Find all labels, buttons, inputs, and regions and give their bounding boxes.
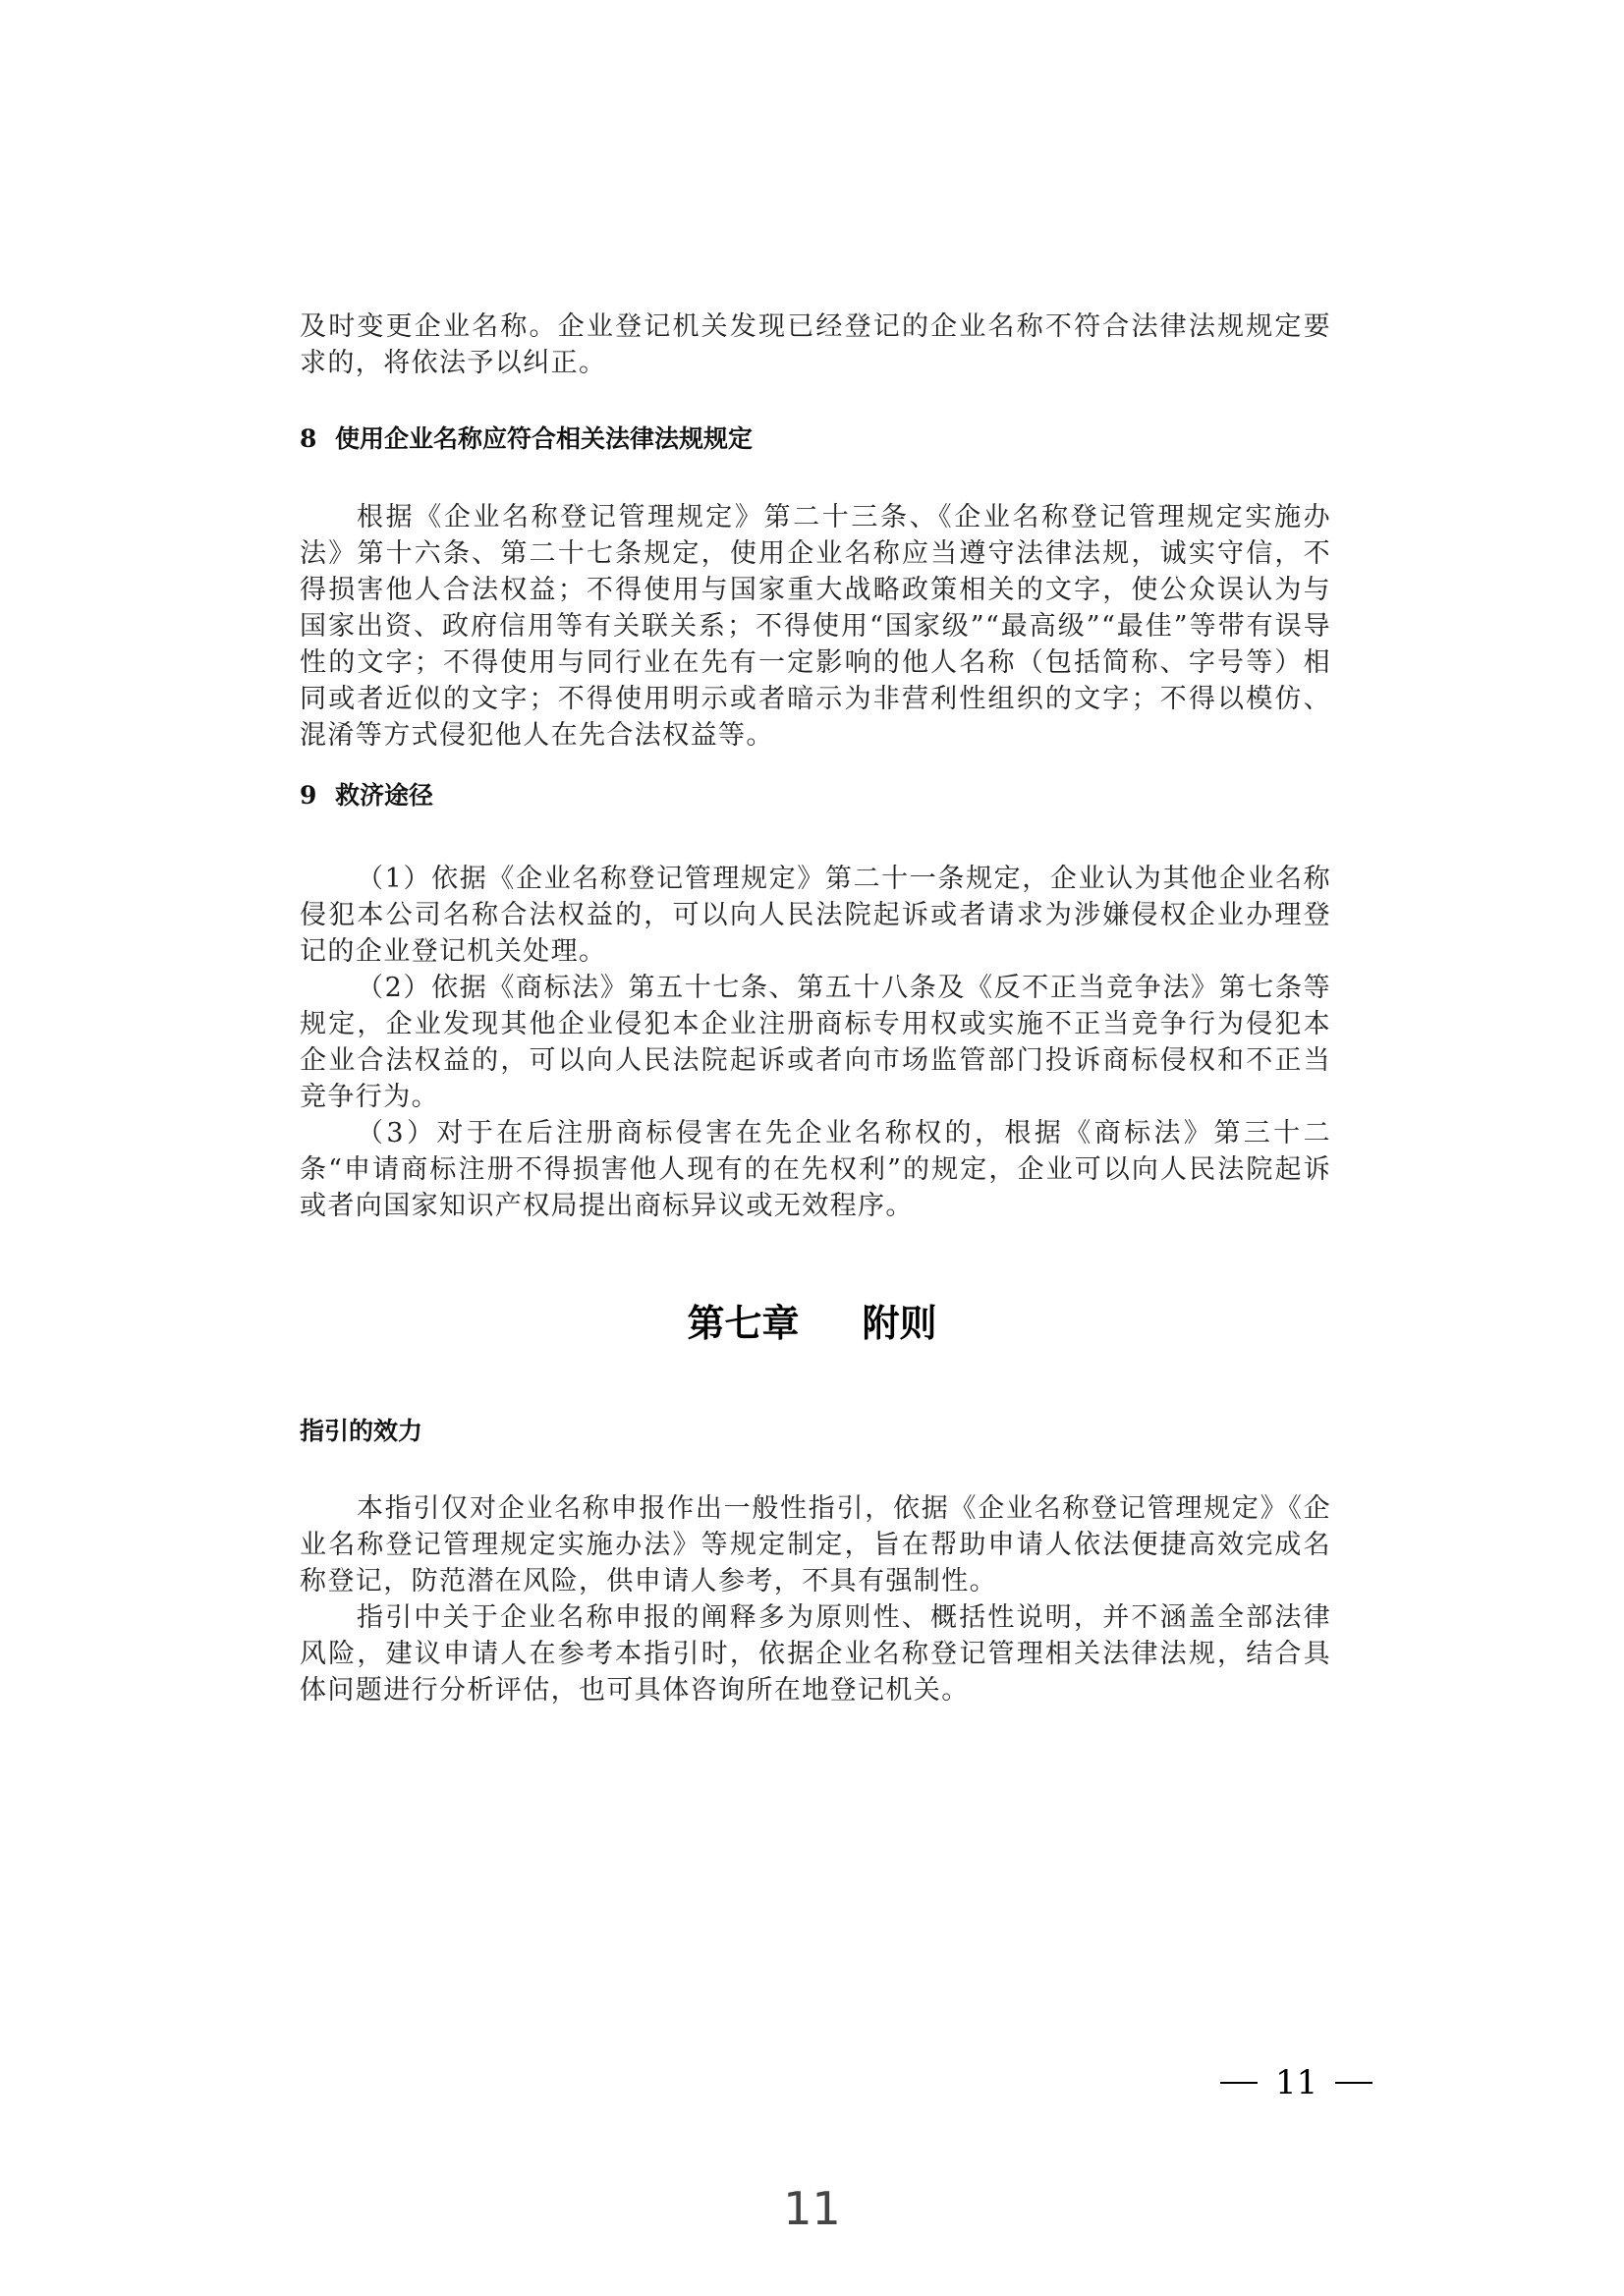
section-heading: 8 使用企业名称应符合相关法律法规规定 bbox=[300, 422, 1331, 456]
dash-left bbox=[1220, 2082, 1258, 2084]
appendix-heading: 指引的效力 bbox=[300, 1415, 1331, 1448]
printed-page-number: 11 bbox=[1220, 2063, 1372, 2102]
page-number-text: 11 bbox=[1275, 2063, 1317, 2102]
chapter-number: 第七章 bbox=[687, 1299, 799, 1348]
chapter-title: 第七章附则 bbox=[0, 1299, 1624, 1348]
section-paragraph: 根据《企业名称登记管理规定》第二十三条、《企业名称登记管理规定实施办法》第十六条… bbox=[300, 499, 1331, 754]
appendix-paragraph: 指引中关于企业名称申报的阐释多为原则性、概括性说明，并不涵盖全部法律风险，建议申… bbox=[300, 1599, 1331, 1708]
remedy-item-3: （3）对于在后注册商标侵害在先企业名称权的，根据《商标法》第三十二条“申请商标注… bbox=[300, 1115, 1331, 1224]
appendix-paragraph: 本指引仅对企业名称申报作出一般性指引，依据《企业名称登记管理规定》《企业名称登记… bbox=[300, 1490, 1331, 1599]
section-8: 8 使用企业名称应符合相关法律法规规定 bbox=[300, 422, 1331, 456]
section-9: 9 救济途径 bbox=[300, 779, 1331, 812]
section-number: 9 bbox=[300, 779, 313, 812]
viewer-page-indicator: 11 bbox=[0, 2181, 1624, 2236]
dash-right bbox=[1335, 2082, 1372, 2084]
document-page: 及时变更企业名称。企业登记机关发现已经登记的企业名称不符合法律法规规定要求的，将… bbox=[0, 0, 1624, 2296]
section-9-body: （1）依据《企业名称登记管理规定》第二十一条规定，企业认为其他企业名称侵犯本公司… bbox=[300, 861, 1331, 1224]
remedy-item-2: （2）依据《商标法》第五十七条、第五十八条及《反不正当竞争法》第七条等规定，企业… bbox=[300, 970, 1331, 1115]
continuation-paragraph: 及时变更企业名称。企业登记机关发现已经登记的企业名称不符合法律法规规定要求的，将… bbox=[300, 308, 1331, 381]
section-heading: 9 救济途径 bbox=[300, 779, 1331, 812]
appendix-heading-block: 指引的效力 bbox=[300, 1415, 1331, 1448]
appendix-body: 本指引仅对企业名称申报作出一般性指引，依据《企业名称登记管理规定》《企业名称登记… bbox=[300, 1490, 1331, 1708]
section-title: 使用企业名称应符合相关法律法规规定 bbox=[335, 422, 753, 456]
continuation-block: 及时变更企业名称。企业登记机关发现已经登记的企业名称不符合法律法规规定要求的，将… bbox=[300, 308, 1331, 381]
section-title: 救济途径 bbox=[335, 779, 433, 812]
chapter-name: 附则 bbox=[863, 1299, 937, 1348]
remedy-item-1: （1）依据《企业名称登记管理规定》第二十一条规定，企业认为其他企业名称侵犯本公司… bbox=[300, 861, 1331, 970]
section-8-body: 根据《企业名称登记管理规定》第二十三条、《企业名称登记管理规定实施办法》第十六条… bbox=[300, 499, 1331, 754]
section-number: 8 bbox=[300, 422, 313, 456]
